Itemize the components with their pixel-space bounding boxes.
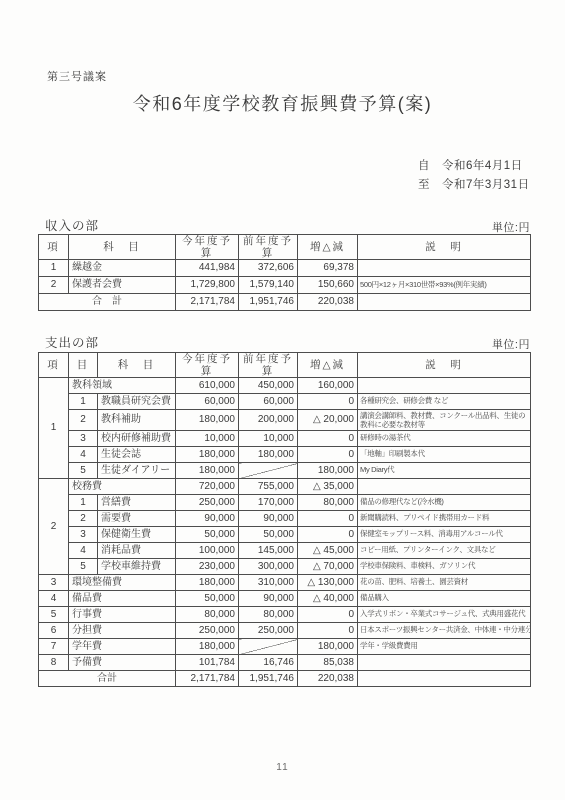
table-row: 2 需要費 90,000 90,000 0 新聞購読料、プリペイド携帯用カード料 (39, 511, 531, 527)
sub-no-cell: 1 (69, 495, 98, 511)
expense-unit-label: 単位:円 (492, 336, 530, 352)
category-cell: 生徒ダイアリー (98, 463, 176, 479)
income-total-row: 合 計 2,171,784 1,951,746 220,038 (39, 294, 531, 311)
current-budget-cell: 90,000 (176, 511, 239, 527)
previous-budget-cell: 50,000 (239, 527, 298, 543)
change-cell: △ 35,000 (298, 479, 358, 495)
previous-budget-cell: 80,000 (239, 607, 298, 623)
description-cell: 講演会講師料、教材費、コンクール出品料、生徒の教科に必要な教材等 (358, 410, 531, 431)
expense-total-row: 合計 2,171,784 1,951,746 220,038 (39, 671, 531, 687)
previous-budget-cell: 90,000 (239, 591, 298, 607)
change-cell: 0 (298, 447, 358, 463)
description-cell: 日本スポーツ振興センター共済金、中体連・中分連分担金 (358, 623, 531, 639)
category-cell: 学年費 (69, 639, 176, 655)
current-budget-cell: 250,000 (176, 623, 239, 639)
table-row: 1 教職員研究会費 60,000 60,000 0 各種研究会、研修会費 など (39, 394, 531, 410)
change-cell: 0 (298, 511, 358, 527)
table-row: 5 行事費 80,000 80,000 0 入学式リボン・卒業式コサージュ代、式… (39, 607, 531, 623)
category-cell: 需要費 (98, 511, 176, 527)
change-cell: 69,378 (298, 260, 358, 277)
current-budget-cell: 2,171,784 (176, 294, 239, 311)
change-cell: 150,660 (298, 277, 358, 294)
current-budget-cell: 180,000 (176, 575, 239, 591)
current-budget-cell: 60,000 (176, 394, 239, 410)
period-end: 至 令和7年3月31日 (418, 176, 530, 195)
current-budget-cell: 180,000 (176, 410, 239, 431)
table-row: 7 学年費 180,000 180,000 学年・学級費費用 (39, 639, 531, 655)
description-cell (358, 655, 531, 671)
period-start: 自 令和6年4月1日 (418, 157, 530, 176)
change-cell: 180,000 (298, 639, 358, 655)
col-header-previous-budget: 前年度予算 (239, 353, 298, 378)
col-header-description: 説 明 (358, 235, 531, 260)
previous-budget-cell: 10,000 (239, 431, 298, 447)
current-budget-cell: 720,000 (176, 479, 239, 495)
previous-budget-cell-na (239, 463, 298, 479)
description-cell: 各種研究会、研修会費 など (358, 394, 531, 410)
document-page: 第三号議案 令和6年度学校教育振興費予算(案) 自 令和6年4月1日 至 令和7… (0, 0, 565, 800)
category-cell: 教職員研究会費 (98, 394, 176, 410)
current-budget-cell: 1,729,800 (176, 277, 239, 294)
description-cell: 花の苗、肥料、培養土、園芸資材 (358, 575, 531, 591)
table-row: 5 生徒ダイアリー 180,000 180,000 My Diary代 (39, 463, 531, 479)
previous-budget-cell: 310,000 (239, 575, 298, 591)
item-no-cell: 1 (39, 378, 69, 479)
change-cell: 220,038 (298, 671, 358, 687)
previous-budget-cell: 16,746 (239, 655, 298, 671)
table-row: 5 学校車維持費 230,000 300,000 △ 70,000 学校車保険料… (39, 559, 531, 575)
current-budget-cell: 180,000 (176, 463, 239, 479)
description-cell: 「地軸」印刷製本代 (358, 447, 531, 463)
previous-budget-cell: 145,000 (239, 543, 298, 559)
item-no-cell: 5 (39, 607, 69, 623)
table-row: 2 教科補助 180,000 200,000 △ 20,000 講演会講師料、教… (39, 410, 531, 431)
description-cell (358, 378, 531, 394)
change-cell: 160,000 (298, 378, 358, 394)
previous-budget-cell: 170,000 (239, 495, 298, 511)
current-budget-cell: 50,000 (176, 591, 239, 607)
description-cell: 研修時の湯茶代 (358, 431, 531, 447)
sub-no-cell: 4 (69, 447, 98, 463)
description-cell (358, 260, 531, 277)
previous-budget-cell: 250,000 (239, 623, 298, 639)
sub-no-cell: 5 (69, 559, 98, 575)
group-category-cell: 校務費 (69, 479, 176, 495)
description-cell: My Diary代 (358, 463, 531, 479)
col-header-change: 増△減 (298, 235, 358, 260)
total-label-cell: 合計 (39, 671, 176, 687)
category-cell: 行事費 (69, 607, 176, 623)
category-cell: 教科補助 (98, 410, 176, 431)
description-cell: 新聞購読料、プリペイド携帯用カード料 (358, 511, 531, 527)
description-cell (358, 479, 531, 495)
change-cell: 0 (298, 394, 358, 410)
previous-budget-cell: 755,000 (239, 479, 298, 495)
change-cell: 0 (298, 431, 358, 447)
category-cell: 繰越金 (69, 260, 176, 277)
sub-no-cell: 2 (69, 410, 98, 431)
previous-budget-cell: 1,951,746 (239, 294, 298, 311)
previous-budget-cell: 180,000 (239, 447, 298, 463)
col-header-change: 増△減 (298, 353, 358, 378)
item-no-cell: 2 (39, 277, 69, 294)
current-budget-cell: 180,000 (176, 639, 239, 655)
category-cell: 備品費 (69, 591, 176, 607)
sub-no-cell: 1 (69, 394, 98, 410)
fiscal-period: 自 令和6年4月1日 至 令和7年3月31日 (418, 157, 530, 195)
category-cell: 保護者会費 (69, 277, 176, 294)
item-no-cell: 1 (39, 260, 69, 277)
col-header-sub-item: 目 (69, 353, 98, 378)
previous-budget-cell: 300,000 (239, 559, 298, 575)
category-cell: 消耗品費 (98, 543, 176, 559)
previous-budget-cell: 450,000 (239, 378, 298, 394)
category-cell: 予備費 (69, 655, 176, 671)
item-no-cell: 3 (39, 575, 69, 591)
item-no-cell: 2 (39, 479, 69, 575)
category-cell: 校内研修補助費 (98, 431, 176, 447)
income-header-row: 項 科 目 今年度予算 前年度予算 増△減 説 明 (39, 235, 531, 260)
change-cell: △ 20,000 (298, 410, 358, 431)
category-cell: 営繕費 (98, 495, 176, 511)
previous-budget-cell: 200,000 (239, 410, 298, 431)
col-header-item: 項 (39, 235, 69, 260)
table-row: 3 保健衛生費 50,000 50,000 0 保健室モップリース料、消毒用アル… (39, 527, 531, 543)
description-cell: 学校車保険料、車検料、ガソリン代 (358, 559, 531, 575)
current-budget-cell: 250,000 (176, 495, 239, 511)
change-cell: 0 (298, 623, 358, 639)
proposal-number-label: 第三号議案 (47, 68, 107, 84)
description-cell: 備品購入 (358, 591, 531, 607)
category-cell: 生徒会誌 (98, 447, 176, 463)
description-cell: 保健室モップリース料、消毒用アルコール代 (358, 527, 531, 543)
table-row: 2 保護者会費 1,729,800 1,579,140 150,660 500円… (39, 277, 531, 294)
previous-budget-cell: 372,606 (239, 260, 298, 277)
expense-header-row: 項 目 科 目 今年度予算 前年度予算 増△減 説 明 (39, 353, 531, 378)
change-cell: 80,000 (298, 495, 358, 511)
income-section-title: 収入の部 (45, 216, 99, 234)
table-row: 8 予備費 101,784 16,746 85,038 (39, 655, 531, 671)
description-cell: 備品の修理代など(冷水機) (358, 495, 531, 511)
page-number: 11 (0, 762, 565, 773)
col-header-previous-budget: 前年度予算 (239, 235, 298, 260)
table-row: 6 分担費 250,000 250,000 0 日本スポーツ振興センター共済金、… (39, 623, 531, 639)
category-cell: 学校車維持費 (98, 559, 176, 575)
col-header-description: 説 明 (358, 353, 531, 378)
sub-no-cell: 3 (69, 431, 98, 447)
previous-budget-cell: 60,000 (239, 394, 298, 410)
previous-budget-cell-na (239, 639, 298, 655)
income-unit-label: 単位:円 (492, 219, 530, 235)
change-cell: 85,038 (298, 655, 358, 671)
previous-budget-cell: 1,579,140 (239, 277, 298, 294)
income-table: 項 科 目 今年度予算 前年度予算 増△減 説 明 1 繰越金 441,984 … (38, 234, 531, 311)
current-budget-cell: 230,000 (176, 559, 239, 575)
category-cell: 環境整備費 (69, 575, 176, 591)
current-budget-cell: 610,000 (176, 378, 239, 394)
change-cell: 180,000 (298, 463, 358, 479)
current-budget-cell: 180,000 (176, 447, 239, 463)
change-cell: △ 40,000 (298, 591, 358, 607)
description-cell (358, 671, 531, 687)
table-row: 2 校務費 720,000 755,000 △ 35,000 (39, 479, 531, 495)
previous-budget-cell: 1,951,746 (239, 671, 298, 687)
col-header-category: 科 目 (69, 235, 176, 260)
change-cell: 220,038 (298, 294, 358, 311)
col-header-current-budget: 今年度予算 (176, 353, 239, 378)
table-row: 4 生徒会誌 180,000 180,000 0 「地軸」印刷製本代 (39, 447, 531, 463)
change-cell: △ 70,000 (298, 559, 358, 575)
current-budget-cell: 2,171,784 (176, 671, 239, 687)
change-cell: △ 130,000 (298, 575, 358, 591)
current-budget-cell: 10,000 (176, 431, 239, 447)
table-row: 4 備品費 50,000 90,000 △ 40,000 備品購入 (39, 591, 531, 607)
change-cell: 0 (298, 607, 358, 623)
change-cell: △ 45,000 (298, 543, 358, 559)
current-budget-cell: 101,784 (176, 655, 239, 671)
table-row: 3 校内研修補助費 10,000 10,000 0 研修時の湯茶代 (39, 431, 531, 447)
current-budget-cell: 80,000 (176, 607, 239, 623)
item-no-cell: 6 (39, 623, 69, 639)
description-cell: 学年・学級費費用 (358, 639, 531, 655)
current-budget-cell: 50,000 (176, 527, 239, 543)
table-row: 1 営繕費 250,000 170,000 80,000 備品の修理代など(冷水… (39, 495, 531, 511)
description-cell: コピー用紙、プリンターインク、文具など (358, 543, 531, 559)
table-row: 3 環境整備費 180,000 310,000 △ 130,000 花の苗、肥料… (39, 575, 531, 591)
current-budget-cell: 441,984 (176, 260, 239, 277)
item-no-cell: 8 (39, 655, 69, 671)
change-cell: 0 (298, 527, 358, 543)
category-cell: 分担費 (69, 623, 176, 639)
description-cell: 入学式リボン・卒業式コサージュ代、式典用盛花代 (358, 607, 531, 623)
description-cell: 500円×12ヶ月×310世帯×93%(例年実績) (358, 277, 531, 294)
group-category-cell: 教科領域 (69, 378, 176, 394)
sub-no-cell: 5 (69, 463, 98, 479)
category-cell: 保健衛生費 (98, 527, 176, 543)
total-label-cell: 合 計 (39, 294, 176, 311)
sub-no-cell: 4 (69, 543, 98, 559)
previous-budget-cell: 90,000 (239, 511, 298, 527)
sub-no-cell: 2 (69, 511, 98, 527)
item-no-cell: 4 (39, 591, 69, 607)
col-header-category: 科 目 (98, 353, 176, 378)
table-row: 1 繰越金 441,984 372,606 69,378 (39, 260, 531, 277)
expense-section-title: 支出の部 (45, 333, 99, 351)
col-header-current-budget: 今年度予算 (176, 235, 239, 260)
item-no-cell: 7 (39, 639, 69, 655)
col-header-item: 項 (39, 353, 69, 378)
table-row: 4 消耗品費 100,000 145,000 △ 45,000 コピー用紙、プリ… (39, 543, 531, 559)
description-cell (358, 294, 531, 311)
table-row: 1 教科領域 610,000 450,000 160,000 (39, 378, 531, 394)
expense-table: 項 目 科 目 今年度予算 前年度予算 増△減 説 明 1 教科領域 610,0… (38, 352, 531, 687)
current-budget-cell: 100,000 (176, 543, 239, 559)
page-title: 令和6年度学校教育振興費予算(案) (0, 90, 565, 116)
sub-no-cell: 3 (69, 527, 98, 543)
